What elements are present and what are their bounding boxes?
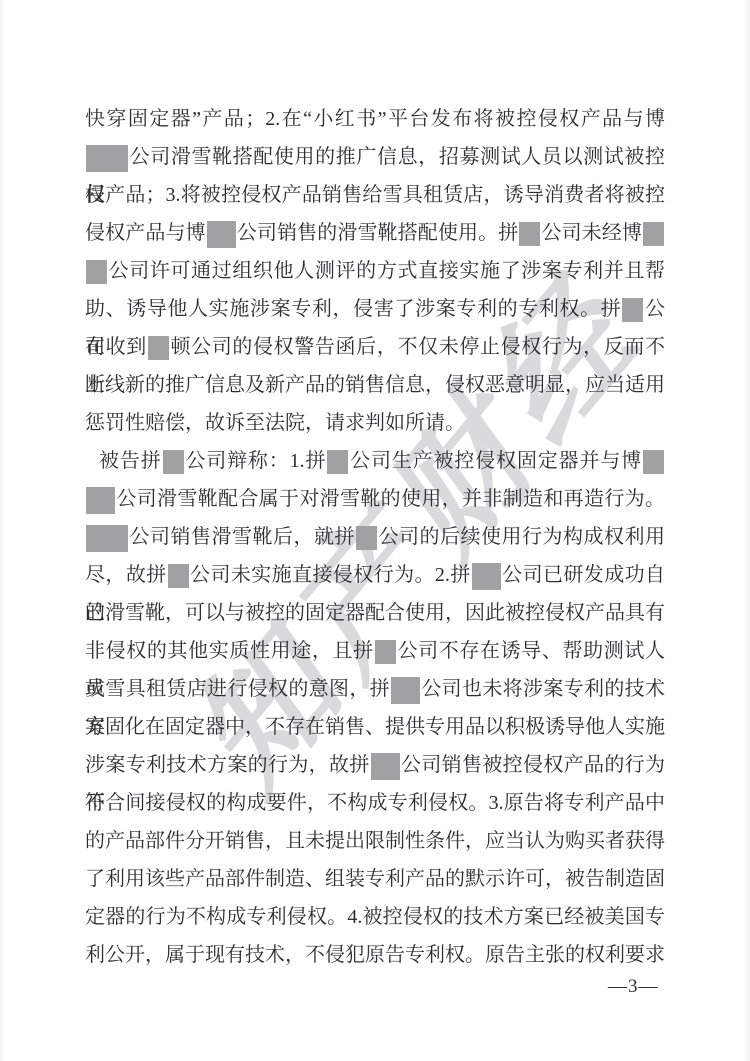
redaction-box: [86, 525, 128, 552]
text-line: 了利用该些产品部件制造、组装专利产品的默示许可，被告制造固: [85, 860, 665, 898]
redaction-box: [207, 221, 236, 248]
text-line: 利公开，属于现有技术，不侵犯原告专利权。原告主张的权利要求: [85, 936, 665, 974]
text-line: 尽，故拼公司未实施直接侵权行为。2.拼公司已研发成功自己: [85, 556, 665, 594]
redaction-box: [163, 450, 184, 474]
text-segment: 惩罚性赔偿，故诉至法院，请求判如所请。: [85, 412, 465, 434]
text-segment: 符合间接侵权的构成要件，不构成专利侵权。3.原告将专利产品中: [85, 792, 665, 814]
text-segment: 了利用该些产品部件制造、组装专利产品的默示许可，被告制造固: [85, 868, 665, 890]
text-line: 公司滑雪靴搭配使用的推广信息，招募测试人员以测试被控侵: [85, 138, 665, 176]
redaction-box: [327, 450, 348, 474]
redaction-box: [148, 336, 169, 360]
text-line: 或雪具租赁店进行侵权的意图，拼公司也未将涉案专利的技术方: [85, 670, 665, 708]
text-line: 涉案专利技术方案的行为，故拼公司销售被控侵权产品的行为不: [85, 746, 665, 784]
text-segment: 公司许可通过组织他人测评的方式直接实施了涉案专利并且帮: [108, 260, 665, 282]
text-line: 公司销售滑雪靴后，就拼公司的后续使用行为构成权利用: [85, 518, 665, 556]
text-line: 的产品部件分开销售，且未提出限制性条件，应当认为购买者获得: [85, 822, 665, 860]
text-line: 定器的行为不构成专利侵权。4.被控侵权的技术方案已经被美国专: [85, 898, 665, 936]
text-line: 侵权产品与博公司销售的滑雪靴搭配使用。拼公司未经博: [85, 214, 665, 252]
text-segment: 公司销售的滑雪靴搭配使用。拼: [237, 222, 519, 244]
text-segment: 公司销售滑雪靴后，就拼: [129, 526, 355, 548]
text-segment: 公司的后续使用行为构成权利用: [378, 526, 665, 548]
text-line: 案固化在固定器中，不存在销售、提供专用品以积极诱导他人实施: [85, 708, 665, 746]
text-body: 快穿固定器”产品；2.在“小红书”平台发布将被控侵权产品与博公司滑雪靴搭配使用的…: [85, 100, 665, 974]
text-segment: 助、诱导他人实施涉案专利，侵害了涉案专利的专利权。拼: [85, 298, 621, 320]
text-line: 惩罚性赔偿，故诉至法院，请求判如所请。: [85, 404, 665, 442]
redaction-box: [643, 222, 664, 246]
text-segment: 的滑雪靴，可以与被控的固定器配合使用，因此被控侵权产品具有: [85, 602, 665, 624]
text-line: 助、诱导他人实施涉案专利，侵害了涉案专利的专利权。拼公司: [85, 290, 665, 328]
page-number: —3—: [608, 976, 659, 998]
redaction-box: [375, 640, 396, 664]
scan-edge-right: [744, 0, 750, 1061]
text-segment: 案固化在固定器中，不存在销售、提供专用品以积极诱导他人实施: [85, 716, 665, 738]
text-line: 公司滑雪靴配合属于对滑雪靴的使用，并非制造和再造行为。博: [85, 480, 665, 518]
redaction-box: [86, 260, 107, 284]
text-segment: 非侵权的其他实质性用途，且拼: [85, 640, 374, 662]
text-segment: 尽，故拼: [85, 564, 167, 586]
text-line: 公司许可通过组织他人测评的方式直接实施了涉案专利并且帮: [85, 252, 665, 290]
text-line: 符合间接侵权的构成要件，不构成专利侵权。3.原告将专利产品中: [85, 784, 665, 822]
text-line: 非侵权的其他实质性用途，且拼公司不存在诱导、帮助测试人员: [85, 632, 665, 670]
text-line: 上线新的推广信息及新产品的销售信息，侵权恶意明显，应当适用: [85, 366, 665, 404]
text-segment: 快穿固定器”产品；2.在“小红书”平台发布将被控侵权产品与博: [85, 108, 665, 130]
text-line: 的滑雪靴，可以与被控的固定器配合使用，因此被控侵权产品具有: [85, 594, 665, 632]
text-segment: 公司辩称：1.拼: [185, 450, 327, 472]
redaction-box: [86, 145, 128, 172]
redaction-box: [622, 298, 643, 322]
text-segment: 权产品；3.将被控侵权产品销售给雪具租赁店，诱导消费者将被控: [85, 184, 665, 206]
scan-edge-left: [0, 0, 6, 1061]
redaction-box: [519, 222, 540, 246]
text-segment: 利公开，属于现有技术，不侵犯原告专利权。原告主张的权利要求: [85, 944, 665, 966]
text-line: 快穿固定器”产品；2.在“小红书”平台发布将被控侵权产品与博: [85, 100, 665, 138]
redaction-box: [472, 563, 501, 590]
text-segment: 被告拼: [99, 450, 162, 472]
text-line: 权产品；3.将被控侵权产品销售给雪具租赁店，诱导消费者将被控: [85, 176, 665, 214]
text-segment: 或雪具租赁店进行侵权的意图，拼: [85, 678, 390, 700]
text-segment: 公司生产被控侵权固定器并与博: [349, 450, 642, 472]
text-line: 被告拼公司辩称：1.拼公司生产被控侵权固定器并与博: [85, 442, 665, 480]
text-segment: 公司未实施直接侵权行为。2.拼: [190, 564, 471, 586]
redaction-box: [356, 526, 377, 550]
text-segment: 涉案专利技术方案的行为，故拼: [85, 754, 370, 776]
redaction-box: [371, 753, 400, 780]
redaction-box: [391, 677, 420, 704]
redaction-box: [643, 450, 664, 474]
text-segment: 在收到: [85, 336, 147, 358]
text-line: 在收到顿公司的侵权警告函后，不仅未停止侵权行为，反而不断: [85, 328, 665, 366]
text-segment: 公司未经博: [541, 222, 642, 244]
text-segment: 的产品部件分开销售，且未提出限制性条件，应当认为购买者获得: [85, 830, 665, 852]
text-segment: 侵权产品与博: [85, 222, 206, 244]
document-page: 知产财经 快穿固定器”产品；2.在“小红书”平台发布将被控侵权产品与博公司滑雪靴…: [0, 0, 750, 1061]
text-segment: 定器的行为不构成专利侵权。4.被控侵权的技术方案已经被美国专: [85, 906, 665, 928]
text-segment: 上线新的推广信息及新产品的销售信息，侵权恶意明显，应当适用: [85, 374, 665, 396]
redaction-box: [86, 487, 115, 514]
redaction-box: [168, 564, 189, 588]
